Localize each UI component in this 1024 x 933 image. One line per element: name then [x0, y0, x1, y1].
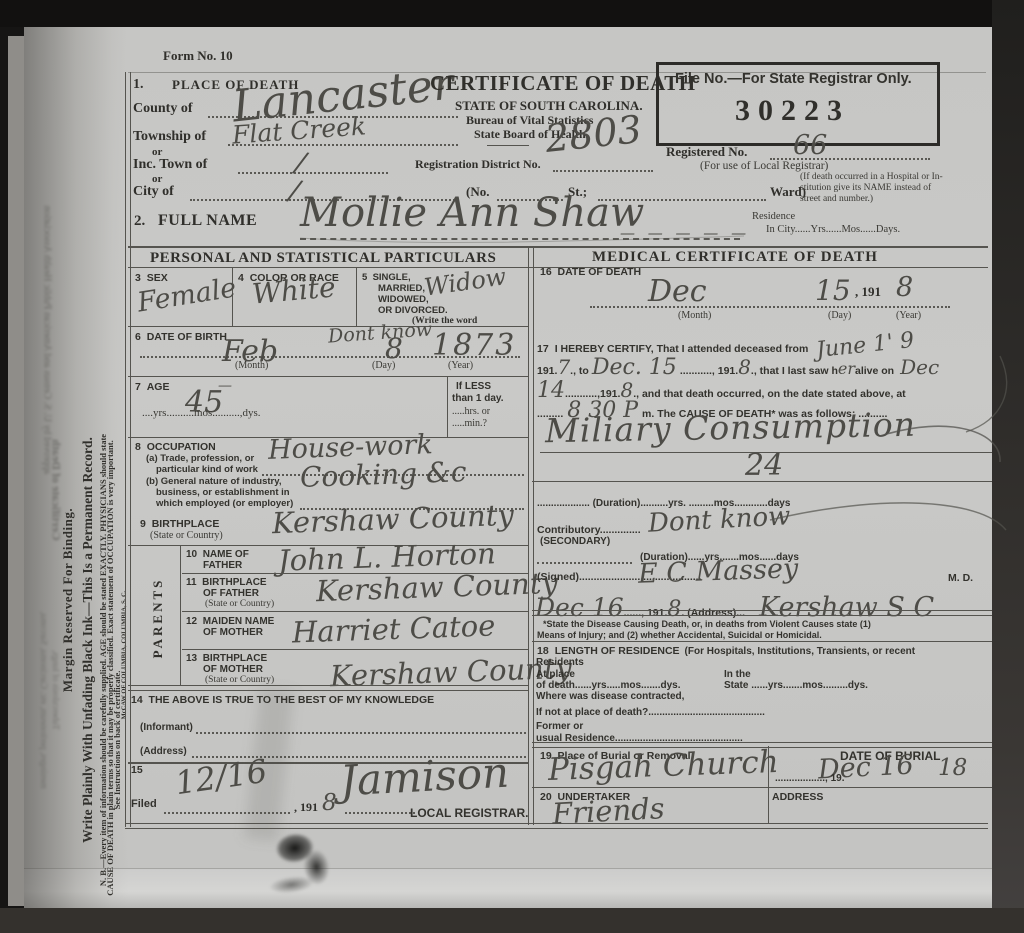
dob-year-handwritten: 1873: [432, 328, 516, 363]
less-than-day-label2: than 1 day.: [452, 393, 504, 404]
dod-day-handwritten: 15: [815, 274, 851, 307]
hospital-note: (If death occurred in a Hospital or In- …: [800, 172, 950, 205]
certify-text: alive on: [855, 365, 894, 377]
certify-text: ., to: [570, 365, 589, 377]
informant-label: (Informant): [140, 722, 193, 733]
certify-text: ., that I last saw h: [751, 365, 838, 377]
former-label: Former or: [536, 721, 583, 732]
father-bp-label2: OF FATHER: [203, 588, 259, 599]
scan-background-top: [0, 0, 1024, 27]
occupation-b-label1: (b) General nature of industry,: [146, 476, 281, 487]
certify-hw: er: [838, 359, 855, 378]
marital-number-label: 5 SINGLE,: [362, 272, 411, 283]
age-number-label: 7 AGE: [135, 381, 169, 393]
dotted-line: [345, 812, 415, 814]
filed-year-printed: , 191: [294, 800, 318, 815]
certify-line2: 191. 7 ., to Dec. 15 ..........., 191. 8…: [537, 355, 939, 380]
mother-name-label2: OF MOTHER: [203, 627, 263, 638]
column-divider-rule: [528, 247, 534, 825]
burial-date-printed: .................., 19.: [775, 773, 844, 784]
residence-paren: (For Hospitals, Institutions, Transients…: [685, 646, 916, 657]
filed-year-handwritten: 8: [322, 790, 337, 816]
year-caption: (Year): [448, 360, 473, 371]
section1-number: 1.: [133, 77, 144, 93]
month-caption: (Month): [235, 360, 268, 371]
mother-name-label1: 12 MAIDEN NAME: [186, 616, 274, 627]
of-death-fields: of death......yrs.....mos.......dys.: [536, 680, 680, 691]
dod-year-printed: , 191: [855, 284, 881, 300]
father-bp-sub-label: (State or Country): [205, 599, 274, 609]
year-caption: (Year): [896, 310, 921, 321]
month-caption: (Month): [678, 310, 711, 321]
day-caption: (Day): [828, 310, 851, 321]
file-number-label: File No.—For State Registrar Only.: [675, 71, 912, 87]
certify-hw: 8: [738, 355, 751, 379]
less-than-day-label3: .....hrs. or: [452, 406, 490, 417]
local-registrar-label: LOCAL REGISTRAR.: [410, 806, 528, 820]
undertaker-address-label: ADDRESS: [772, 791, 823, 803]
residence-label: LENGTH OF RESIDENCE: [555, 645, 680, 657]
mother-bp-label2: OF MOTHER: [203, 664, 263, 675]
rule-line: [532, 481, 992, 482]
dod-month-handwritten: Dec: [648, 274, 707, 309]
signed-date-hw: Dec 16: [535, 593, 624, 622]
md-suffix: M. D.: [948, 572, 973, 584]
county-label: County of: [133, 101, 193, 117]
certify-hw: Dec: [900, 355, 939, 379]
marital-label-line4: OR DIVORCED.: [378, 305, 448, 316]
dotted-line: [238, 172, 388, 174]
residence-label: Residence: [752, 211, 795, 222]
township-label: Township of: [133, 129, 206, 145]
parents-divider: [180, 545, 181, 686]
name-trailing-dashes: — — — — —: [620, 224, 750, 242]
page-bottom-curl: [24, 868, 992, 910]
birthplace-number-label: 9 BIRTHPLACE: [140, 518, 219, 530]
occupation-a-label2: particular kind of work: [156, 464, 258, 475]
fullname-number: 2.: [134, 213, 145, 230]
occupation-number-label: 8 OCCUPATION: [135, 441, 216, 453]
at-place-label: At place: [536, 669, 575, 680]
birthplace-sub-label: (State or Country): [150, 530, 223, 541]
rule-line: [532, 641, 992, 642]
undertaker-handwritten: Friends: [551, 791, 665, 831]
inc-town-label: Inc. Town of: [133, 157, 207, 173]
fullname-label: FULL NAME: [158, 212, 257, 230]
rule-line-double: [128, 685, 528, 691]
less-than-day-label1: If LESS: [456, 381, 491, 392]
parents-vertical-label: PARENTS: [150, 578, 166, 659]
registered-no-handwritten: 66: [793, 130, 827, 161]
sex-number-label: 3 SEX: [135, 272, 168, 284]
footnote-line1: *State the Disease Causing Death, or, in…: [543, 619, 871, 629]
rule-line: [532, 787, 992, 788]
personal-header: PERSONAL AND STATISTICAL PARTICULARS: [150, 250, 496, 267]
left-border-rule: [125, 72, 131, 827]
contributory-label: Contributory..............: [537, 524, 641, 536]
certify-text: ..........., 191.: [680, 365, 738, 377]
faint-backside-text: approved by U. S. Census and American Pu…: [42, 206, 53, 475]
cause-of-death-handwritten: Miliary Consumption: [545, 405, 917, 450]
rule-line-double: [532, 610, 992, 616]
less-than-day-label4: .....min.?: [452, 418, 487, 429]
disease-contracted-label: Where was disease contracted,: [536, 691, 684, 702]
city-label: City of: [133, 184, 174, 200]
father-name-label2: FATHER: [203, 560, 242, 571]
death-certificate-scan: approved by U. S. Census and American Pu…: [0, 0, 1024, 933]
fullname-handwritten: Mollie Ann Shaw: [300, 190, 644, 236]
scan-background-bottom: [0, 908, 1024, 933]
form-number: Form No. 10: [163, 48, 233, 64]
informant-address-label: (Address): [140, 746, 187, 757]
registration-district-label: Registration District No.: [415, 157, 541, 172]
margin-nb-note-line2: CAUSE OF DEATH in plain terms so that it…: [105, 440, 115, 895]
marital-label-line3: WIDOWED,: [378, 294, 429, 305]
certify-hw: 7: [557, 355, 570, 379]
contributory-sub-label: (SECONDARY): [540, 536, 610, 547]
residence-fields: In City......Yrs......Mos......Days.: [766, 224, 900, 235]
residence-residents: Residents: [536, 657, 584, 668]
dotted-line: [196, 732, 526, 734]
dod-year-handwritten: 8: [896, 272, 913, 303]
residence-number: 18: [537, 645, 549, 657]
father-bp-label1: 11 BIRTHPLACE: [186, 577, 267, 588]
in-the-label: In the: [724, 669, 751, 680]
residence-header-line: 18 LENGTH OF RESIDENCE (For Hospitals, I…: [537, 645, 915, 657]
cell-divider: [447, 376, 448, 437]
age-overline-mark: —: [218, 378, 232, 394]
filed-number: 15: [131, 764, 143, 776]
burial-year-handwritten: 18: [938, 755, 967, 781]
ink-blot: [252, 818, 356, 901]
cell-divider: [356, 268, 357, 326]
mother-bp-label1: 13 BIRTHPLACE: [186, 653, 267, 664]
faint-backside-text: meninges, peritoneum, etc. Carcinoma, Sa…: [39, 611, 49, 788]
occupation-b-handwritten: Cooking &c: [299, 455, 467, 494]
margin-binding-note: Margin Reserved For Binding.: [60, 508, 76, 692]
certify-text: 191.: [537, 365, 557, 377]
dotted-line: [553, 170, 653, 172]
dob-number-label: 6 DATE OF BIRTH: [135, 331, 227, 343]
scan-background-right: [992, 0, 1024, 933]
filed-label: Filed: [131, 798, 157, 810]
footnote-line2: Means of Injury; and (2) whether Acciden…: [537, 630, 822, 640]
registered-no-label: Registered No.: [666, 144, 747, 160]
mother-name-handwritten: Harriet Catoe: [291, 608, 495, 649]
marital-label-line2: MARRIED,: [378, 283, 425, 294]
dotted-line: [537, 562, 632, 564]
medical-header: MEDICAL CERTIFICATE OF DEATH: [592, 249, 878, 266]
state-fields: State ......yrs.......mos.........dys.: [724, 680, 868, 691]
local-registrar-signature: Jamison: [339, 748, 510, 806]
dod-number-label: 16 DATE OF DEATH: [540, 266, 641, 278]
rule-line: [128, 246, 988, 248]
margin-permanent-record-note: Write Plainly With Unfading Black Ink—Th…: [80, 437, 96, 843]
father-name-label1: 10 NAME OF: [186, 549, 249, 560]
if-not-at-place-label: If not at place of death?...............…: [536, 707, 765, 718]
rule-line: [128, 376, 528, 377]
mother-bp-sub-label: (State or Country): [205, 675, 274, 685]
file-number-value: 30223: [735, 94, 850, 128]
day-caption: (Day): [372, 360, 395, 371]
certify-hw: Dec. 15: [592, 355, 677, 380]
rule-line: [487, 145, 529, 146]
rule-line: [182, 649, 528, 650]
occupation-a-label1: (a) Trade, profession, or: [146, 453, 254, 464]
local-registrar-use-note: (For use of Local Registrar): [700, 160, 828, 172]
physician-signature-handwritten: E C Massey: [638, 553, 799, 590]
cause-duration-handwritten: 24: [745, 448, 783, 483]
dotted-line: [590, 306, 950, 308]
certify-number: 17: [537, 343, 549, 355]
age-units: ....yrs..........mos..........,dys.: [142, 407, 261, 419]
certify-text1: I HEREBY CERTIFY, That I attended deceas…: [555, 343, 809, 355]
